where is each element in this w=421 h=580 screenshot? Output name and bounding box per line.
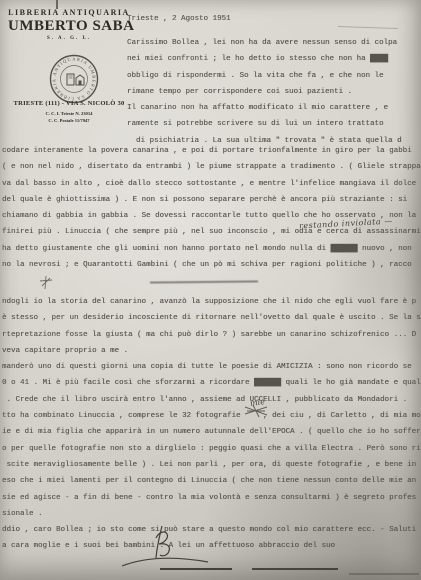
letterhead-registry-1: C. C. I. Trieste N. 23014 xyxy=(8,111,130,116)
typed-paragraph: codare interamente la povera canarina , … xyxy=(2,143,421,273)
typed-line: codare interamente la povera canarina , … xyxy=(2,143,421,159)
typed-line: manderò uno di questi giorni una copia d… xyxy=(2,359,421,375)
pen-cross-mark xyxy=(38,275,54,291)
faint-pencil-mark xyxy=(338,12,398,29)
typed-paragraph: Carissimo Bollea , lei non ha da avere n… xyxy=(127,35,402,149)
typed-line: sionale . xyxy=(2,506,421,522)
letter-date: Trieste , 2 Agosto 1951 xyxy=(127,15,231,23)
scan-bottom-line-1 xyxy=(160,568,232,570)
typed-line: . Crede che il libro uscirà entro l'anno… xyxy=(2,392,421,408)
typed-line: è stesso , per un desiderio incosciente … xyxy=(2,310,421,326)
typed-line: rtepretazione fosse la giusta ( ma chi p… xyxy=(2,327,421,343)
typed-line: ie e di mia figlia che apparirà in un nu… xyxy=(2,424,421,440)
typed-line: ramente si potrebbe scrivere su di lui u… xyxy=(127,116,402,132)
typed-line: ndogli io la storia del canarino , avanz… xyxy=(2,294,421,310)
scan-smudge-line xyxy=(150,280,258,283)
letterhead-owner-name: UMBERTO SABA xyxy=(8,18,130,35)
typed-line: Il canarino non ha affatto modificato il… xyxy=(127,100,402,116)
typed-line: Carissimo Bollea , lei non ha da avere n… xyxy=(127,35,402,51)
typed-line: sie ed agisce - a fin di bene - contro l… xyxy=(2,490,421,506)
typed-line: nei miei confronti ; le ho detto io stes… xyxy=(127,51,402,67)
scanned-letter-page: LIBRERIA ANTIQUARIA UMBERTO SABA S. A. G… xyxy=(0,0,421,580)
typed-line: del quale è ghiottissima ) . E non si po… xyxy=(2,192,421,208)
letterhead-address: TRIESTE (111) - VIA S. NICOLÒ 30 xyxy=(2,100,136,107)
scan-bottom-line-2 xyxy=(252,568,338,570)
letterhead-business-type: LIBRERIA ANTIQUARIA xyxy=(8,8,130,17)
typed-line: obbligo di rispondermi . So la vita che … xyxy=(127,68,402,84)
letterhead: LIBRERIA ANTIQUARIA UMBERTO SABA S. A. G… xyxy=(8,8,130,41)
pen-scribble-strikeout xyxy=(243,404,271,418)
scan-bottom-line-3 xyxy=(349,573,419,575)
typed-line: no la nevrosi ; e Quarantotti Gambini ( … xyxy=(2,257,421,273)
typed-line: veva capitare proprio a me . xyxy=(2,343,421,359)
typed-line: o per quelle fotografie non sto a dirgli… xyxy=(2,441,421,457)
letterhead-registry-2: C. C. Postale 11/7947 xyxy=(8,118,130,123)
typed-line: ( e non nel nido , disertato da entrambi… xyxy=(2,159,421,175)
typed-line: 0 o 41 . Mi è più facile così che sforza… xyxy=(2,375,421,391)
typed-line: va dal basso in alto , cioè dallo stecco… xyxy=(2,176,421,192)
typed-line: scite meravigliosamente belle ) . Lei no… xyxy=(2,457,421,473)
typed-paragraph: ndogli io la storia del canarino , avanz… xyxy=(2,294,421,555)
letterhead-company-form: S. A. G. L. xyxy=(8,36,130,41)
signature-handwriting xyxy=(118,524,214,572)
typed-line: tto ha combinato Linuccia , comprese le … xyxy=(2,408,421,424)
typed-line: eso che i miei lamenti per il contegno d… xyxy=(2,473,421,489)
typed-line: ha detto giustamente che gli uomini non … xyxy=(2,241,421,257)
scan-mark-top xyxy=(56,0,58,9)
typed-line: rimane tempo per corrispondere coi suoi … xyxy=(127,84,402,100)
